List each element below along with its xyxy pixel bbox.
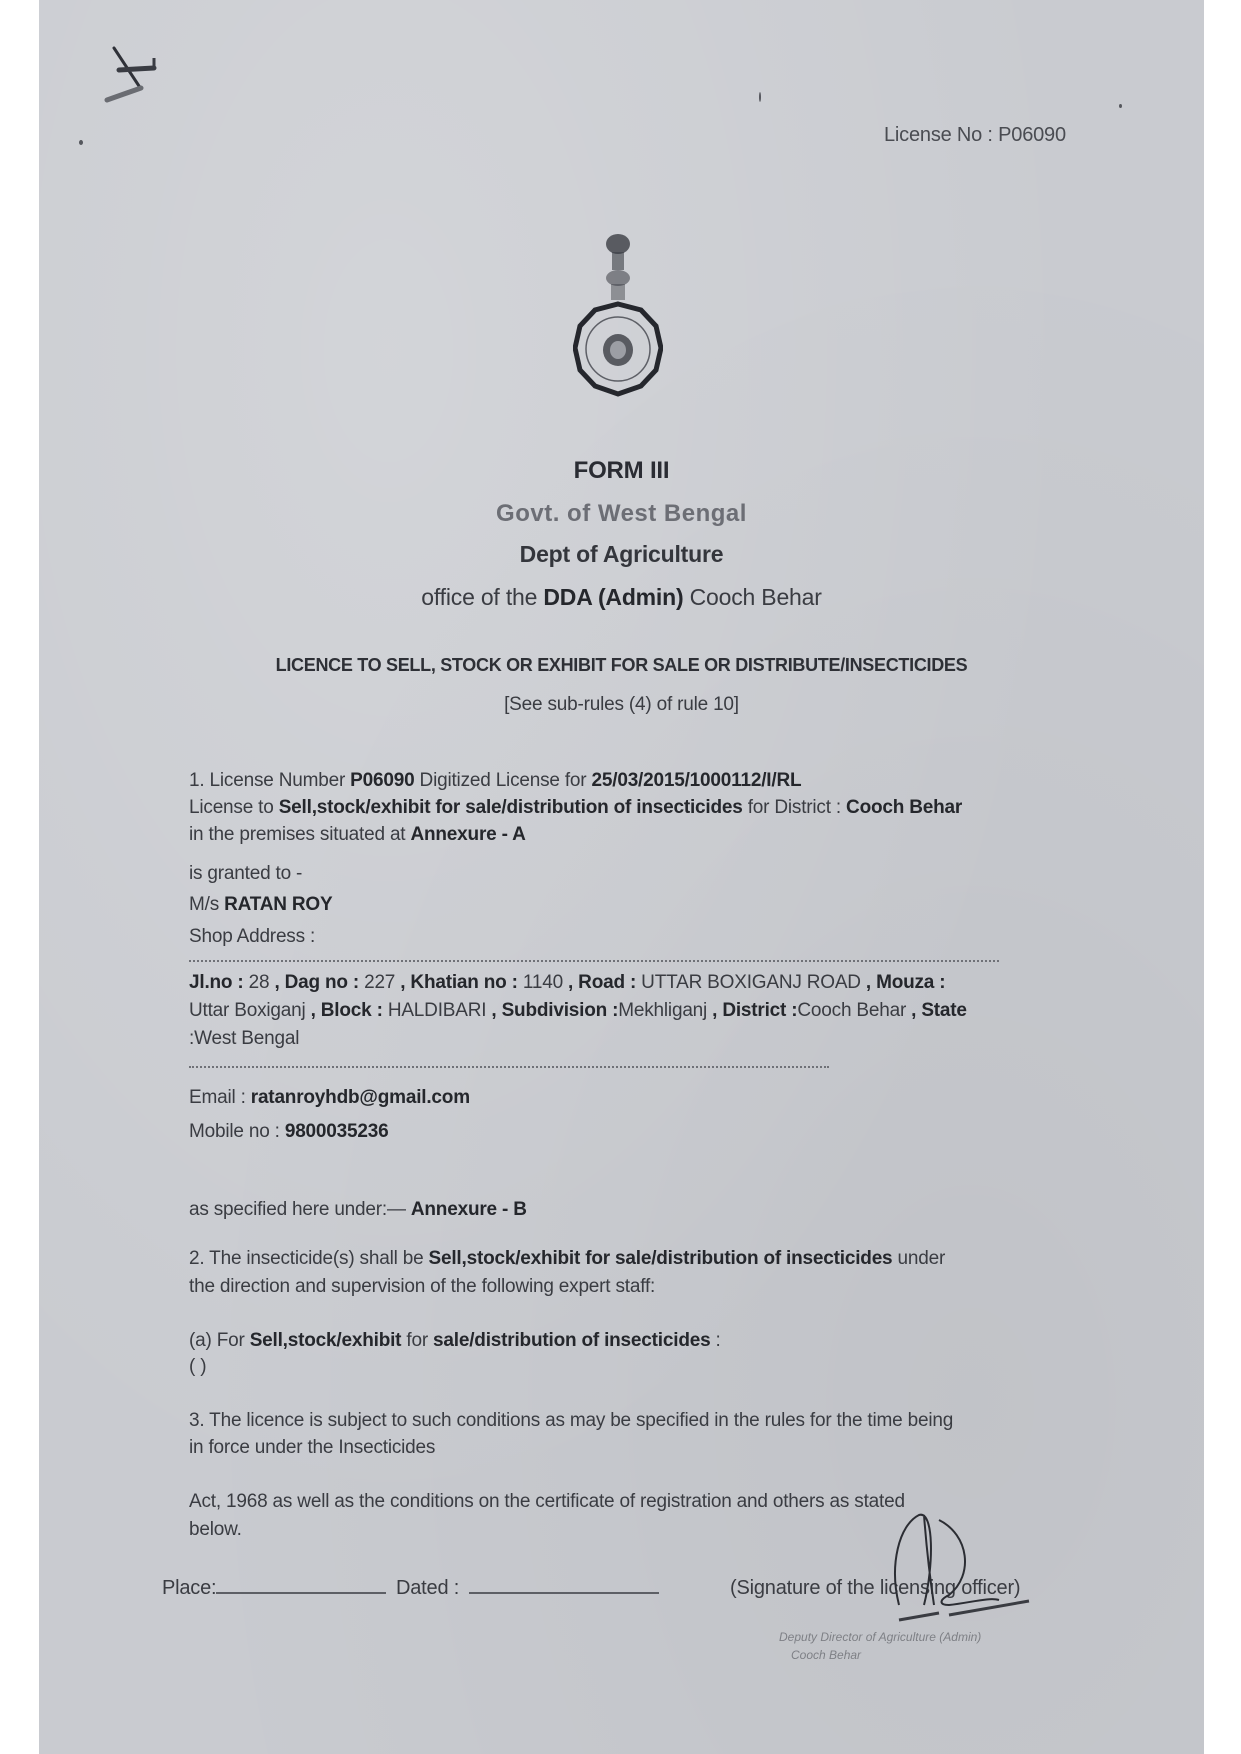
expert-staff-value: ( ) [189,1356,206,1378]
section-2-line-1: 2. The insecticide(s) shall be Sell,stoc… [189,1248,945,1270]
section-3-line-1: 3. The licence is subject to such condit… [189,1410,953,1432]
document-page: License No : P06090 FORM III Govt. of We… [39,0,1204,1754]
government-name: Govt. of West Bengal [39,500,1204,528]
address-line-1: Jl.no : 28 , Dag no : 227 , Khatian no :… [189,972,945,994]
granted-to-label: is granted to - [189,863,302,885]
section-3-line-2: in force under the Insecticides [189,1437,435,1459]
license-number-header: License No : P06090 [884,124,1066,147]
department-name: Dept of Agriculture [39,541,1204,568]
form-title: FORM III [39,457,1204,485]
rule-reference: [See sub-rules (4) of rule 10] [39,694,1204,716]
license-number-line: 1. License Number P06090 Digitized Licen… [189,770,801,792]
section-2-line-2: the direction and supervision of the fol… [189,1276,655,1298]
shop-address-label: Shop Address : [189,926,315,948]
address-line-3: :West Bengal [189,1028,299,1050]
place-field: Place: [162,1577,386,1600]
licensee-name: M/s RATAN ROY [189,894,332,916]
section-3-line-3: Act, 1968 as well as the conditions on t… [189,1491,905,1513]
address-line-2: Uttar Boxiganj , Block : HALDIBARI , Sub… [189,1000,967,1022]
paper-speck [1119,104,1122,108]
dated-field: Dated : [396,1577,659,1600]
licence-heading: LICENCE TO SELL, STOCK OR EXHIBIT FOR SA… [39,655,1204,676]
handwritten-mark-icon [99,40,179,110]
officer-stamp-line-1: Deputy Director of Agriculture (Admin) [779,1630,981,1644]
address-divider-top [189,960,999,962]
paper-speck [759,92,761,102]
section-3-line-4: below. [189,1519,242,1541]
state-emblem-icon [573,226,663,406]
premises-line: in the premises situated at Annexure - A [189,824,526,846]
place-blank [216,1592,386,1594]
address-divider-bottom [189,1066,829,1068]
signature-icon [879,1505,1069,1635]
dated-blank [469,1592,659,1594]
specified-line: as specified here under:— Annexure - B [189,1199,527,1221]
paper-speck [79,140,83,145]
section-2-a: (a) For Sell,stock/exhibit for sale/dist… [189,1330,721,1352]
email-line: Email : ratanroyhdb@gmail.com [189,1087,470,1109]
mobile-line: Mobile no : 9800035236 [189,1121,389,1143]
officer-stamp-line-2: Cooch Behar [791,1648,861,1662]
office-name: office of the DDA (Admin) Cooch Behar [39,584,1204,611]
license-activity-line: License to Sell,stock/exhibit for sale/d… [189,797,962,819]
